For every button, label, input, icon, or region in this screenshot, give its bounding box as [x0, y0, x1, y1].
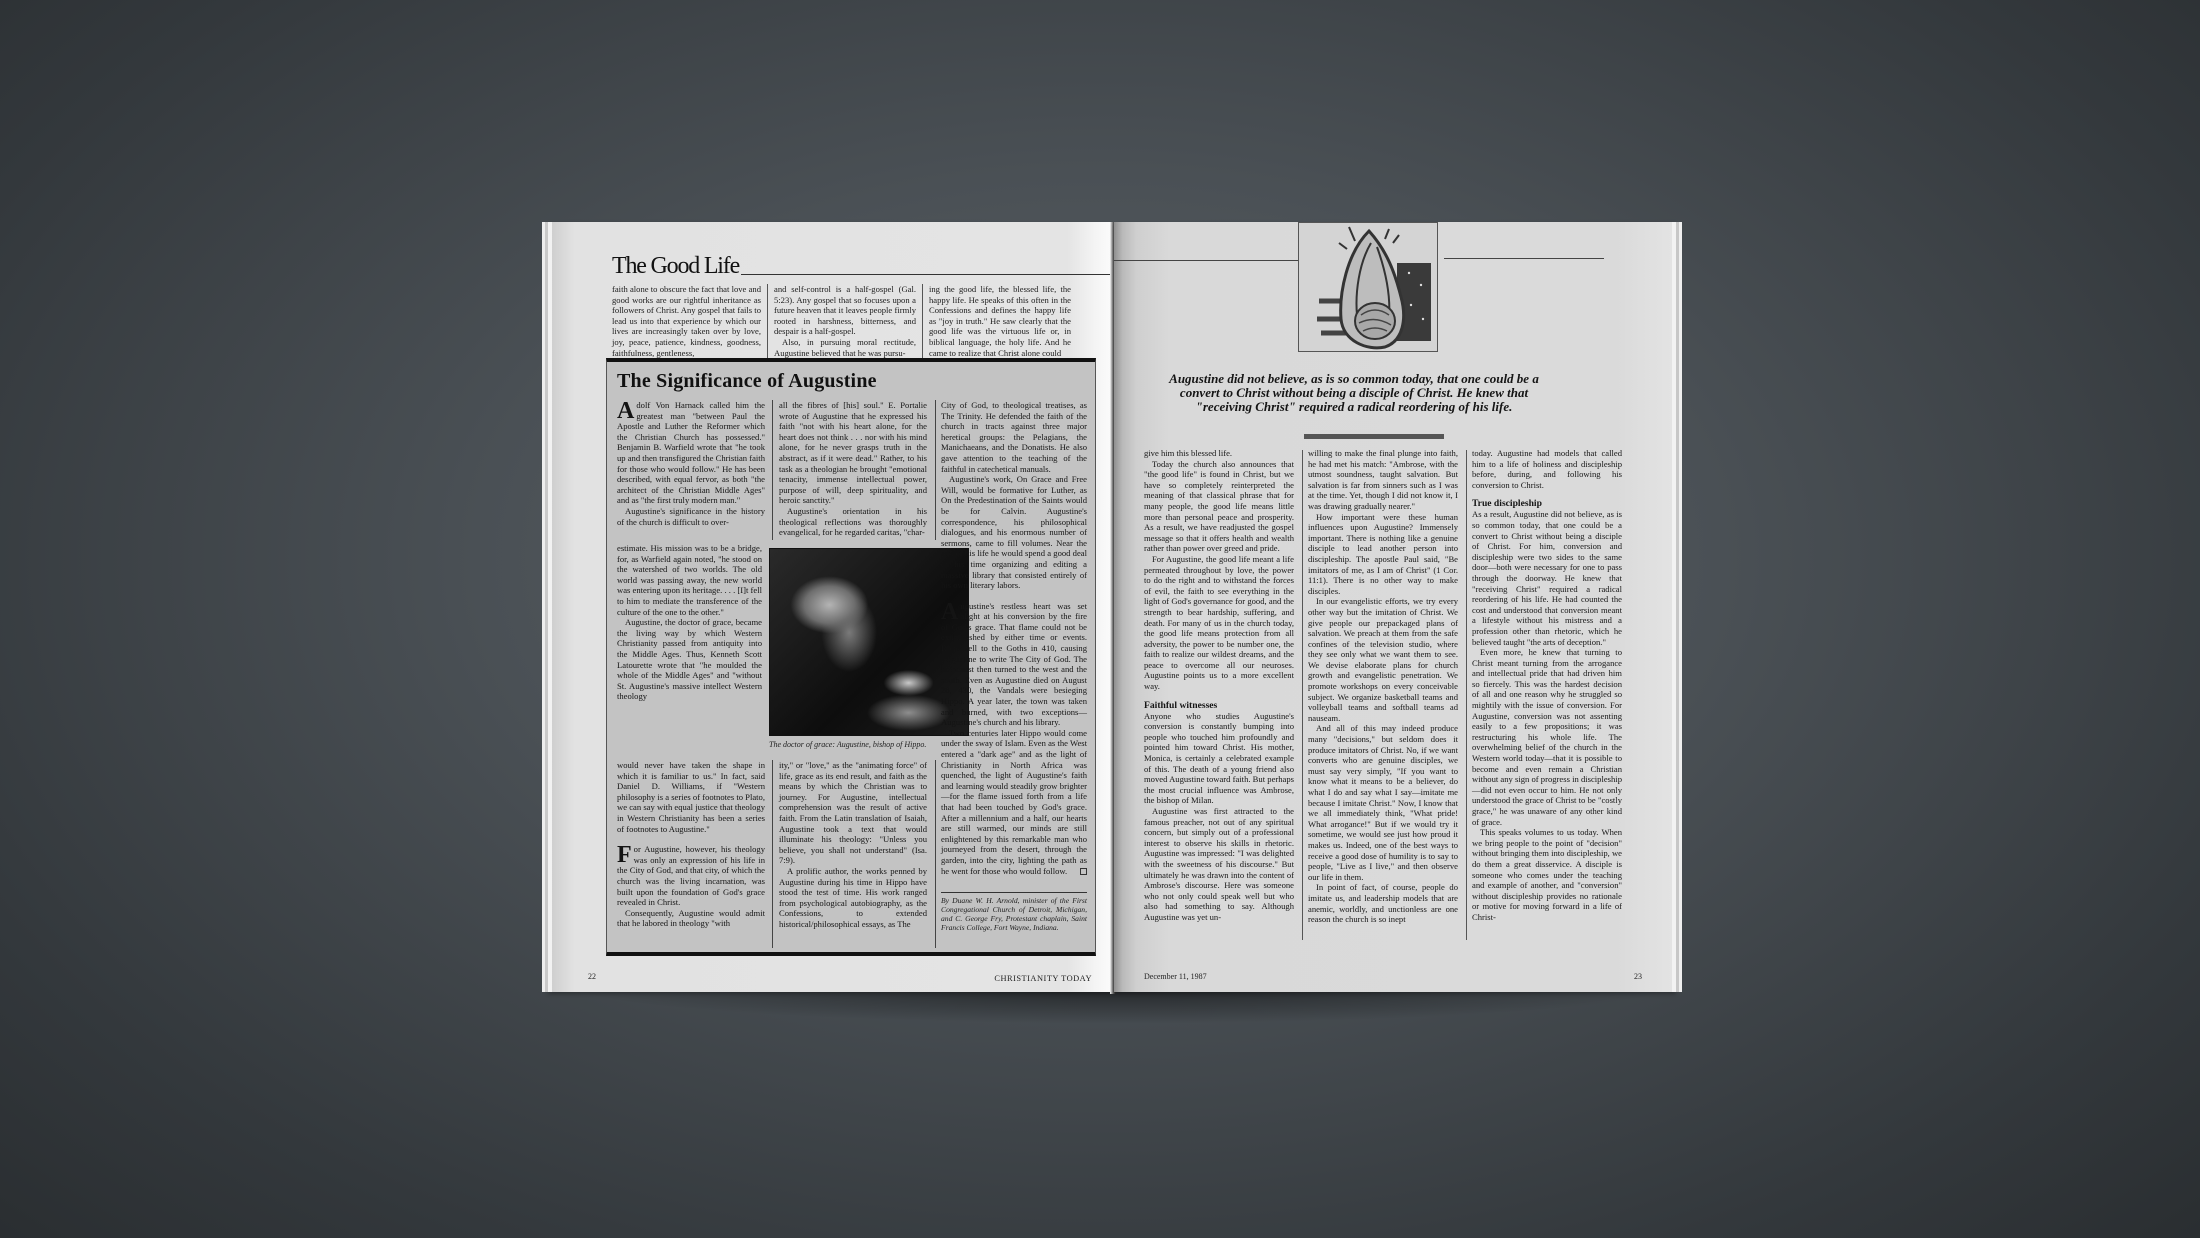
hooded-figure-icon — [1299, 223, 1438, 352]
drop-cap: A — [617, 401, 634, 421]
paragraph: How important were these human influence… — [1308, 512, 1458, 597]
paragraph: For Augustine, the good life meant a lif… — [1144, 554, 1294, 692]
sidebar-column-2-bottom: ity," or "love," as the "animating force… — [779, 760, 927, 930]
pull-quote-rule — [1304, 434, 1444, 439]
paragraph: Even more, he knew that turning to Chris… — [1472, 647, 1622, 827]
intro-column-2: and self-control is a half-gospel (Gal. … — [767, 284, 922, 358]
magazine-spread: The Good Life faith alone to obscure the… — [548, 222, 1676, 996]
paragraph: A prolific author, the works penned by A… — [779, 866, 927, 930]
article-column-3: today. Augustine had models that called … — [1472, 448, 1622, 923]
drop-cap: A — [941, 602, 958, 622]
issue-date: December 11, 1987 — [1144, 972, 1207, 981]
end-mark-icon — [1080, 868, 1087, 875]
intro-columns: faith alone to obscure the fact that lov… — [612, 284, 1096, 358]
column-divider — [772, 400, 773, 540]
drop-cap: F — [617, 845, 632, 865]
paragraph: In our evangelistic efforts, we try ever… — [1308, 596, 1458, 723]
column-divider — [1466, 450, 1467, 940]
paragraph: City of God, to theological treatises, a… — [941, 400, 1087, 474]
sidebar-column-1-top: Adolf Von Harnack called him the greates… — [617, 400, 765, 527]
paragraph: ity," or "love," as the "animating force… — [779, 760, 927, 866]
sidebar-column-2-top: all the fibres of [his] soul." E. Portal… — [779, 400, 927, 538]
paragraph: Also, in pursuing moral rectitude, Augus… — [774, 337, 916, 358]
column-divider — [935, 760, 936, 948]
article-column-1: give him this blessed life.Today the chu… — [1144, 448, 1294, 923]
paragraph: willing to make the final plunge into fa… — [1308, 448, 1458, 512]
paragraph: Anyone who studies Augustine's conversio… — [1144, 711, 1294, 806]
sidebar-box: The Significance of Augustine Adolf Von … — [606, 358, 1096, 956]
left-page: The Good Life faith alone to obscure the… — [548, 222, 1112, 992]
paragraph: For Augustine, however, his theology was… — [617, 844, 765, 908]
paragraph: And all of this may indeed produce many … — [1308, 723, 1458, 882]
pull-quote: Augustine did not believe, as is so comm… — [1154, 372, 1554, 414]
column-divider — [1302, 450, 1303, 940]
paragraph: As a result, Augustine did not believe, … — [1472, 509, 1622, 647]
paragraph: Augustine was first attracted to the fam… — [1144, 806, 1294, 923]
paragraph: Augustine's restless heart was set aligh… — [941, 601, 1087, 728]
intro-column-3: ing the good life, the blessed life, the… — [922, 284, 1077, 358]
paragraph: In point of fact, of course, people do i… — [1308, 882, 1458, 924]
photo-caption: The doctor of grace: Augustine, bishop o… — [769, 740, 926, 749]
article-columns: give him this blessed life.Today the chu… — [1144, 448, 1619, 948]
paragraph: today. Augustine had models that called … — [1472, 448, 1622, 490]
section-header: The Good Life — [612, 238, 1112, 278]
sidebar-column-1-bottom: would never have taken the shape in whic… — [617, 760, 765, 929]
intro-column-1: faith alone to obscure the fact that lov… — [612, 284, 767, 358]
paragraph: Augustine's orientation in his theologic… — [779, 506, 927, 538]
paragraph: Consequently, Augustine would admit that… — [617, 908, 765, 929]
sidebar-column-3: City of God, to theological treatises, a… — [941, 400, 1087, 876]
section-title: The Good Life — [612, 254, 739, 278]
magazine-name: CHRISTIANITY TODAY — [994, 974, 1092, 983]
paragraph: This speaks volumes to us today. When we… — [1472, 827, 1622, 922]
subheading: True discipleship — [1472, 498, 1622, 509]
paragraph: all the fibres of [his] soul." E. Portal… — [779, 400, 927, 506]
paragraph: Today the church also announces that "th… — [1144, 459, 1294, 554]
author-byline: By Duane W. H. Arnold, minister of the F… — [941, 896, 1087, 932]
right-page: Augustine did not believe, as is so comm… — [1114, 222, 1676, 992]
paragraph: and self-control is a half-gospel (Gal. … — [774, 284, 916, 337]
header-rule-right — [1444, 258, 1604, 259]
paragraph: Two centuries later Hippo would come und… — [941, 728, 1087, 876]
paragraph: ing the good life, the blessed life, the… — [929, 284, 1071, 358]
column-divider — [935, 400, 936, 540]
subheading: Faithful witnesses — [1144, 700, 1294, 711]
paragraph: estimate. His mission was to be a bridge… — [617, 543, 762, 617]
paragraph: give him this blessed life. — [1144, 448, 1294, 459]
section-rule — [741, 274, 1112, 275]
column-divider — [772, 760, 773, 948]
paragraph: Adolf Von Harnack called him the greates… — [617, 400, 765, 506]
paragraph: Augustine, the doctor of grace, became t… — [617, 617, 762, 702]
paragraph: Augustine's significance in the history … — [617, 506, 765, 527]
byline-rule — [941, 892, 1087, 893]
sidebar-column-1-narrow: estimate. His mission was to be a bridge… — [617, 543, 762, 702]
sidebar-title: The Significance of Augustine — [617, 370, 877, 393]
paragraph: Augustine's work, On Grace and Free Will… — [941, 474, 1087, 591]
paragraph: faith alone to obscure the fact that lov… — [612, 284, 761, 358]
woodcut-illustration — [1298, 222, 1438, 352]
header-rule-left — [1114, 260, 1298, 261]
augustine-photo — [769, 548, 969, 736]
page-number: 23 — [1634, 972, 1642, 981]
paragraph: would never have taken the shape in whic… — [617, 760, 765, 834]
article-column-2: willing to make the final plunge into fa… — [1308, 448, 1458, 925]
page-number: 22 — [588, 972, 596, 981]
